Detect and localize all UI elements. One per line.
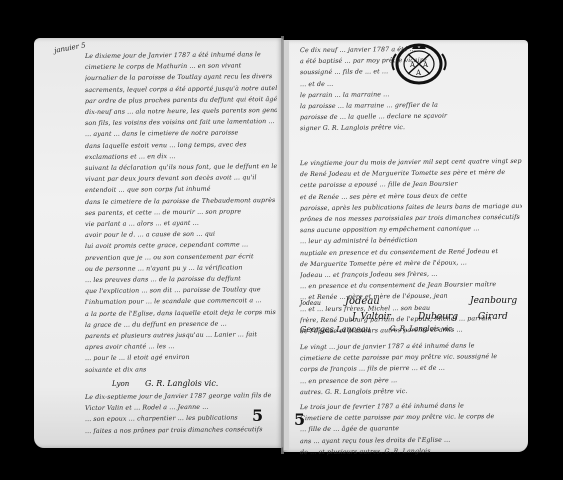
text-line: ... faites a nos prônes par trois dimanc… xyxy=(85,424,277,437)
right-entry-marriage: Le vingtieme jour du mois de janvier mil… xyxy=(300,157,522,336)
signature: Jodeau xyxy=(300,300,321,307)
signature: G. R. Langlois vic. xyxy=(145,379,218,388)
signature: Dubourg xyxy=(418,312,458,322)
left-entry-burial: Le dixieme jour de Janvier 1787 a été in… xyxy=(85,50,277,375)
signature: Lyon xyxy=(112,380,129,388)
signature: Jeanbourg xyxy=(470,296,517,306)
signature: Jodeau xyxy=(345,296,380,307)
signature: G. R. Langlois vic. xyxy=(390,325,454,333)
signature: J. Valtoir xyxy=(352,312,391,322)
page-number: 5 xyxy=(294,410,305,429)
right-entry-baptism: Ce dix neuf ... janvier 1787 a été ... a… xyxy=(300,44,522,134)
signature: Girard xyxy=(478,312,508,322)
signature: Georges Lanceau xyxy=(300,325,371,334)
book-spine xyxy=(281,36,284,454)
left-entry-marriage: Le dix-septieme jour de Janvier 1787 geo… xyxy=(85,391,277,436)
text-line: de ... et plusieurs autres. G. R. Langlo… xyxy=(300,445,522,459)
right-entry-burial-1: Le vingt ... jour de janvier 1787 a été … xyxy=(300,341,522,457)
text-line: signer G. R. Langlois prêtre vic. xyxy=(300,121,522,135)
text-line: soixante et dix ans xyxy=(85,363,277,376)
page-number: 5 xyxy=(252,406,263,425)
